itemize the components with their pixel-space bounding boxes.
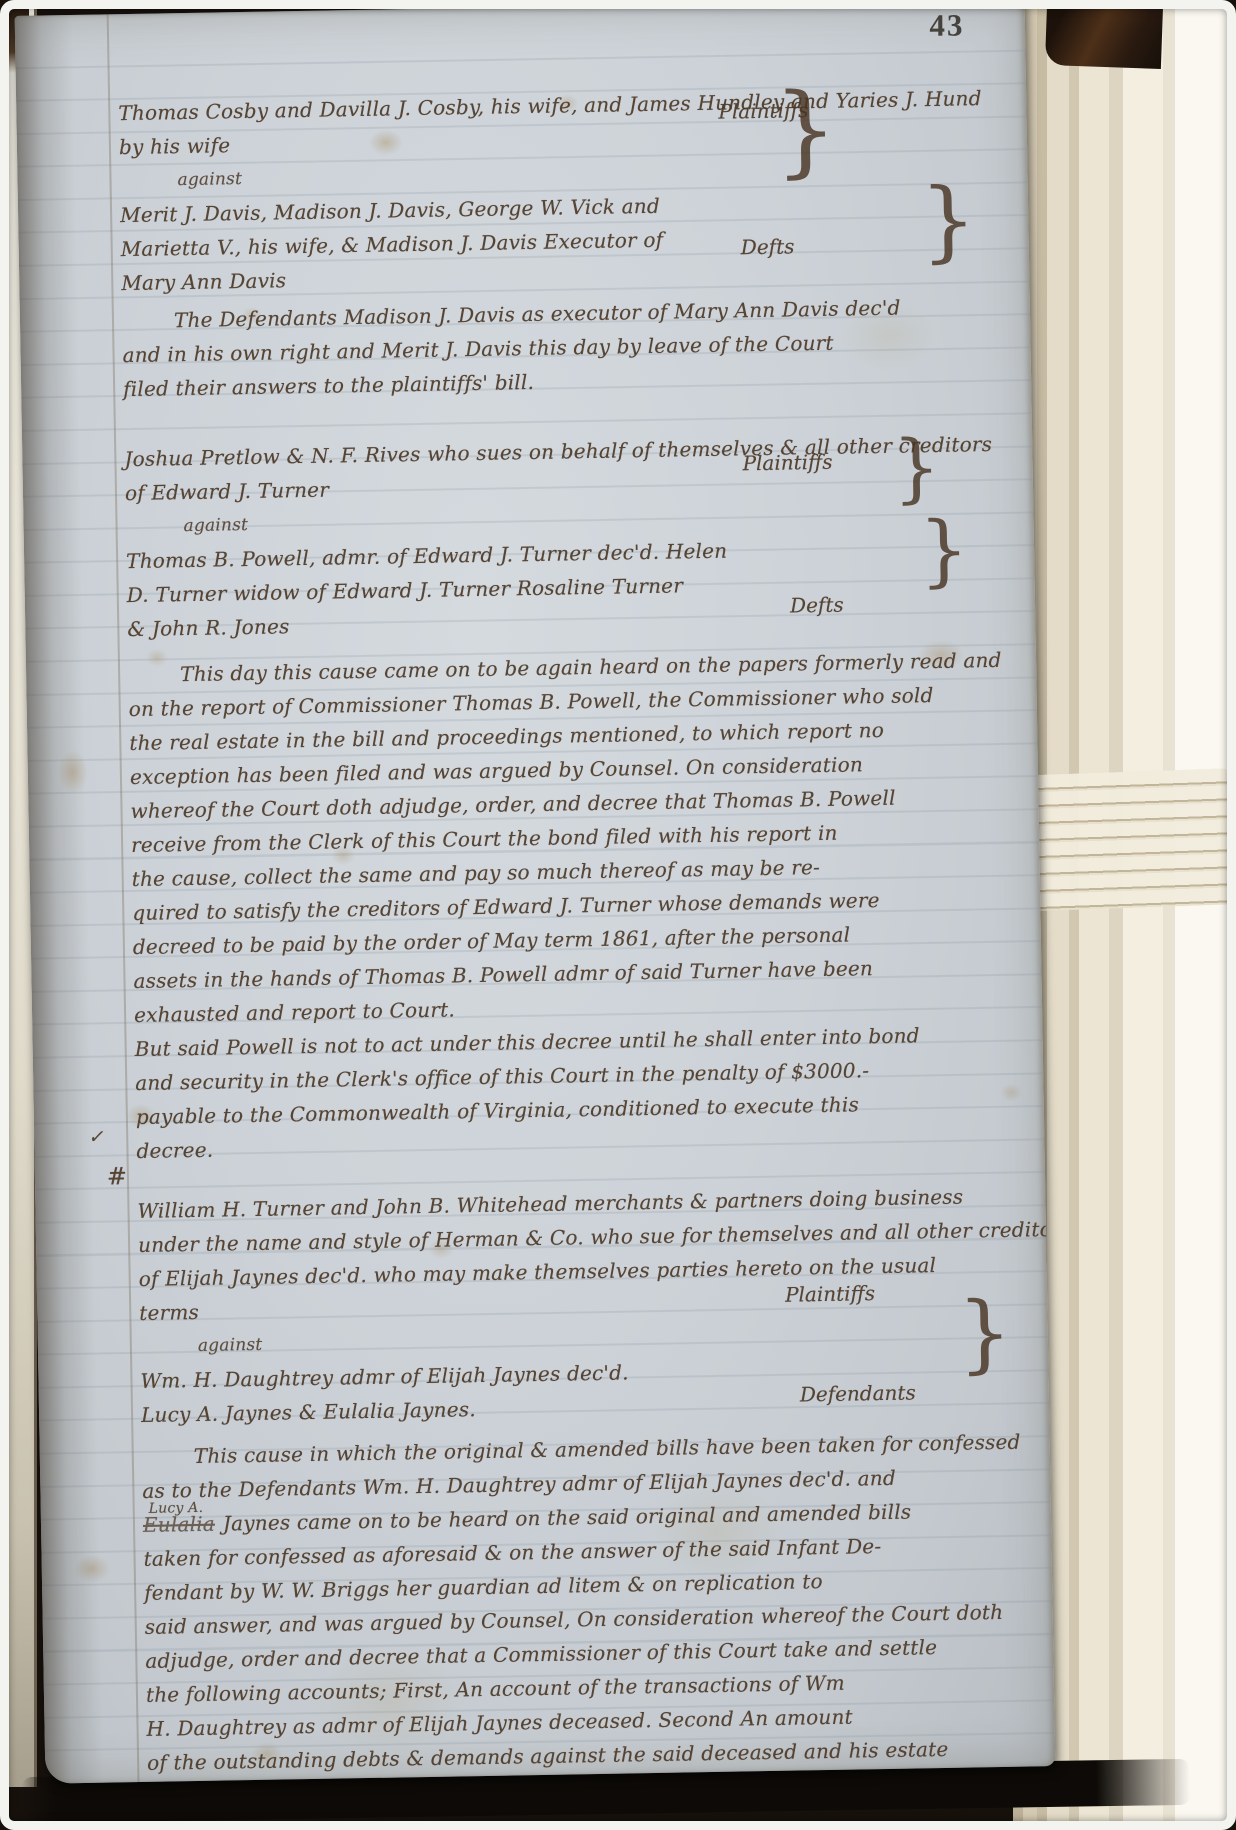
fore-edge-leaf-lines: [1016, 768, 1233, 911]
defendants-label: Defts: [790, 593, 844, 618]
curly-brace: }: [920, 176, 978, 265]
page-number: 43: [911, 7, 983, 44]
margin-check-mark: ✓: [88, 1127, 103, 1148]
case-entry-turner-v-daughtrey: William H. Turner and John B. Whitehead …: [137, 1178, 1040, 1783]
order-text: The Defendants Madison J. Davis as execu…: [122, 289, 1016, 407]
scan-shadow-top-right: [1045, 1, 1163, 69]
curly-brace: }: [773, 80, 838, 181]
curly-brace: }: [892, 430, 941, 506]
margin-hash-mark: #: [107, 1162, 128, 1190]
book-page: 43 Thomas Cosby and Davilla J. Cosby, hi…: [15, 0, 1056, 1784]
plaintiffs-label: Plaintiffs: [742, 450, 832, 476]
case-entry-cosby-v-davis: Thomas Cosby and Davilla J. Cosby, his w…: [118, 81, 1015, 407]
scanned-court-record: 43 Thomas Cosby and Davilla J. Cosby, hi…: [0, 0, 1236, 1830]
curly-brace: }: [957, 1291, 1013, 1377]
decree-text: This cause in which the original & amend…: [142, 1424, 1040, 1783]
decree-text: This day this cause came on to be again …: [128, 643, 1029, 1168]
struck-out-text: Eulalia: [143, 1512, 215, 1537]
defendants-label: Defendants: [800, 1380, 916, 1406]
interlineation: Lucy A.Eulalia: [143, 1507, 216, 1542]
curly-brace: }: [918, 511, 969, 590]
case-entry-pretlow-v-powell: Joshua Pretlow & N. F. Rives who sues on…: [124, 427, 1029, 1168]
plaintiffs-label: Plaintiffs: [785, 1281, 875, 1307]
defendants-label: Defts: [741, 234, 795, 259]
